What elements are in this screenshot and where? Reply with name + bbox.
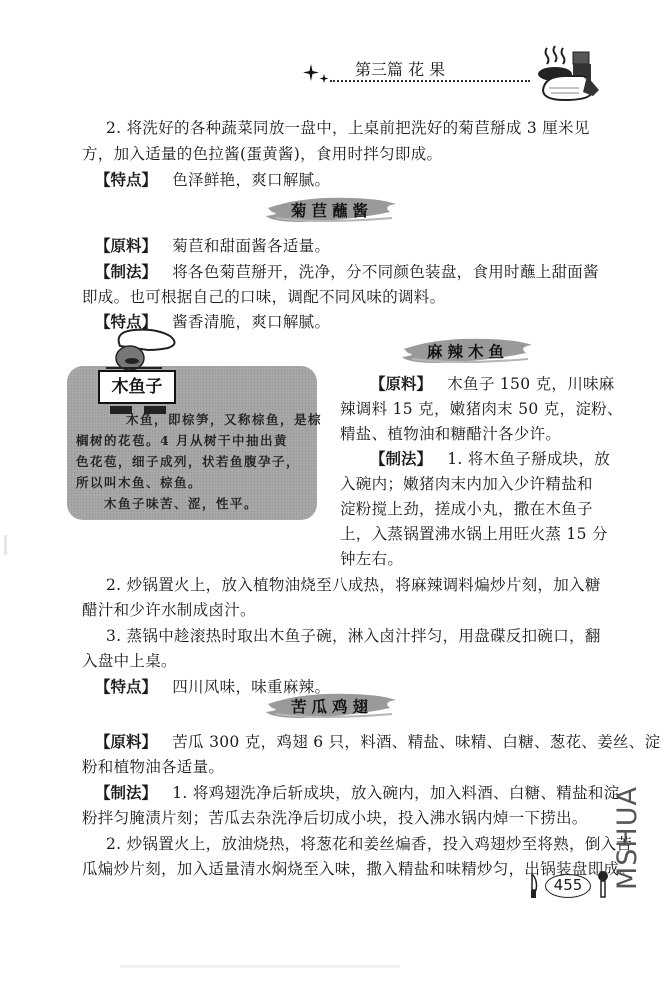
ingredients-text: 苦瓜 300 克，鸡翅 6 只，料酒、精盐、味精、白糖、葱花、姜丝、淀 <box>172 733 660 751</box>
watermark: MSHUA <box>612 790 652 890</box>
method-line: 【制法】 将各色菊苣掰开，洗净，分不同颜色装盘，食用时蘸上甜面酱 <box>95 262 599 282</box>
text-line: 即成。也可根据自己的口味，调配不同风味的调料。 <box>82 287 445 307</box>
feature-text: 酱香清脆，爽口解腻。 <box>172 313 330 331</box>
sparkle-icon <box>303 62 331 88</box>
feature-tag: 【特点】 <box>95 678 157 696</box>
recipe-title-banner: 菊苣蘸酱 <box>262 194 402 226</box>
method-line: 【制法】 1. 将鸡翅洗净后斩成块，放入碗内，加入料酒、白糖、精盐和淀 <box>95 783 619 803</box>
recipe-title: 菊苣蘸酱 <box>262 199 402 221</box>
ingredients-line: 【原料】 菊苣和甜面酱各适量。 <box>95 236 330 256</box>
scan-artifact <box>4 535 7 555</box>
ingredients-tag: 【原料】 <box>370 375 432 393</box>
sidebar-sign: 木鱼子 <box>98 370 176 404</box>
text-line: 方，加入适量的色拉酱(蛋黄酱)，食用时拌匀即成。 <box>82 144 442 164</box>
ingredients-line: 【原料】 苦瓜 300 克，鸡翅 6 只，料酒、精盐、味精、白糖、葱花、姜丝、淀 <box>95 732 660 752</box>
text-line: 粉和植物油各适量。 <box>82 757 224 777</box>
method-line: 【制法】 1. 将木鱼子掰成块，放 <box>370 449 610 469</box>
text-line: 钟左右。 <box>340 549 403 569</box>
sidebar-text-line: 木鱼子味苦、涩，性平。 <box>104 494 258 515</box>
ingredients-line: 【原料】 木鱼子 150 克，川味麻 <box>370 374 615 394</box>
feature-tag: 【特点】 <box>95 171 157 189</box>
scan-artifact <box>120 965 400 968</box>
text-line: 辣调料 15 克，嫩猪肉末 50 克，淀粉、 <box>340 399 623 419</box>
chef-with-dish-icon <box>535 40 605 114</box>
ingredients-text: 菊苣和甜面酱各适量。 <box>172 237 330 255</box>
text-line: 上，入蒸锅置沸水锅上用旺火蒸 15 分 <box>340 524 608 544</box>
method-tag: 【制法】 <box>95 263 157 281</box>
text-line: 入碗内；嫩猪肉末内加入少许精盐和 <box>340 474 593 494</box>
sidebar-text-line: 榈树的花苞。4 月从树干中抽出黄 <box>76 431 288 452</box>
recipe-title: 苦瓜鸡翅 <box>262 695 402 717</box>
chapter-title: 第三篇 花 果 <box>355 57 445 80</box>
feature-text: 色泽鲜艳，爽口解腻。 <box>172 171 330 189</box>
text-line: 淀粉搅上劲，搓成小丸，撒在木鱼子 <box>340 499 593 519</box>
method-tag: 【制法】 <box>370 450 432 468</box>
text-line: 3. 蒸锅中趁滚热时取出木鱼子碗，淋入卤汁拌匀，用盘碟反扣碗口，翻 <box>106 626 601 646</box>
method-tag: 【制法】 <box>95 784 157 802</box>
knife-icon <box>528 872 542 904</box>
ingredients-tag: 【原料】 <box>95 733 157 751</box>
ingredients-text: 木鱼子 150 克，川味麻 <box>447 375 614 393</box>
text-line: 2. 将洗好的各种蔬菜同放一盘中，上桌前把洗好的菊苣掰成 3 厘米见 <box>106 118 590 138</box>
method-text: 将各色菊苣掰开，洗净，分不同颜色装盘，食用时蘸上甜面酱 <box>172 263 599 281</box>
method-text: 1. 将鸡翅洗净后斩成块，放入碗内，加入料酒、白糖、精盐和淀 <box>172 784 619 802</box>
recipe-title-banner: 麻辣木鱼 <box>398 335 538 367</box>
text-line: 入盘中上桌。 <box>82 651 177 671</box>
header-dotted-rule <box>330 80 530 82</box>
text-line: 精盐、植物油和糖醋汁各少许。 <box>340 424 561 444</box>
recipe-title-banner: 苦瓜鸡翅 <box>262 690 402 722</box>
text-line: 醋汁和少许水制成卤汁。 <box>82 600 256 620</box>
sidebar-text-line: 色花苞，细子成列，状若鱼腹孕子， <box>76 452 300 473</box>
feature-line: 【特点】 色泽鲜艳，爽口解腻。 <box>95 170 330 190</box>
sidebar-text-line: 所以叫木鱼、棕鱼。 <box>76 473 202 494</box>
text-line: 2. 炒锅置火上，放油烧热，将葱花和姜丝煸香，投入鸡翅炒至将熟，倒入苦 <box>106 834 632 854</box>
ingredients-tag: 【原料】 <box>95 237 157 255</box>
recipe-title: 麻辣木鱼 <box>398 340 538 362</box>
method-text: 1. 将木鱼子掰成块，放 <box>447 450 610 468</box>
text-line: 粉拌匀腌渍片刻；苦瓜去杂洗净后切成小块，投入沸水锅内焯一下捞出。 <box>82 808 588 828</box>
text-line: 2. 炒锅置火上，放入植物油烧至八成热，将麻辣调料煸炒片刻，加入糖 <box>106 575 601 595</box>
spoon-icon <box>596 870 610 904</box>
page-number: 455 <box>545 874 591 898</box>
sidebar-text-line: 木鱼，即棕笋，又称棕鱼，是棕 <box>126 410 322 431</box>
